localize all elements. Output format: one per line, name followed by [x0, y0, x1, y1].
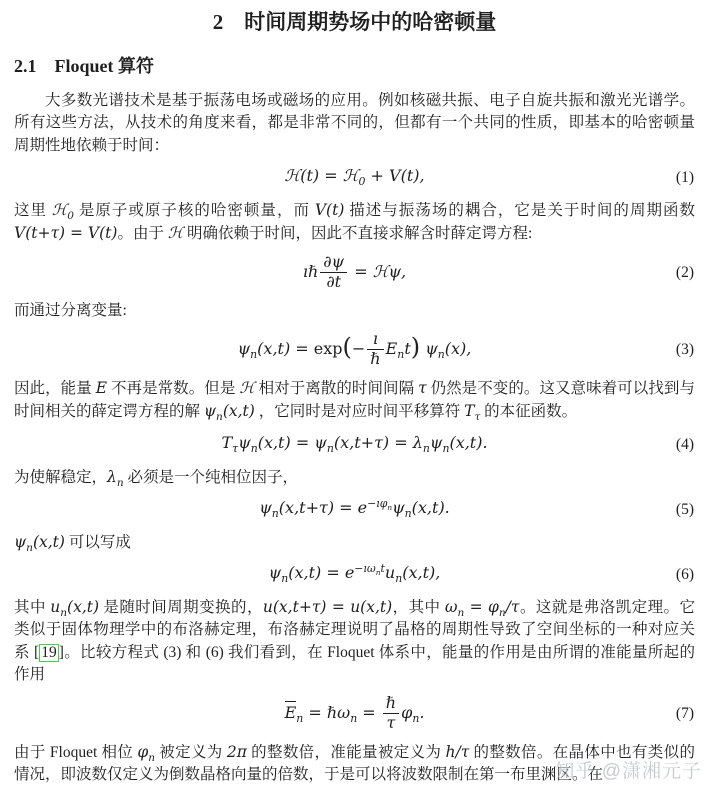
- equation-5-math: ψn(x,t+τ) = e−ıφnψn(x,t).: [259, 498, 450, 517]
- display-equation-7: En = ℏωn = ℏτφn. (7): [14, 695, 695, 732]
- display-equation-1: ℋ(t) = ℋ0 + V(t), (1): [14, 166, 695, 190]
- paragraph-energy: 因此，能量 E 不再是常数。但是 ℋ 相对于离散的时间间隔 τ 仍然是不变的。这…: [14, 377, 695, 424]
- equation-6-number: (6): [676, 566, 694, 584]
- display-equation-5: ψn(x,t+τ) = e−ıφnψn(x,t). (5): [14, 498, 695, 522]
- display-equation-4: Tτψn(x,t) = ψn(x,t+τ) = λnψn(x,t). (4): [14, 433, 695, 457]
- paragraph-floquet-theorem: 其中 un(x,t) 是随时间周期变换的，u(x,t+τ) = u(x,t)，其…: [14, 596, 695, 686]
- paragraph-intro: 大多数光谱技术是基于振荡电场或磁场的应用。例如核磁共振、电子自旋共振和激光光谱学…: [14, 90, 695, 157]
- equation-5-number: (5): [676, 501, 694, 519]
- equation-7-math: En = ℏωn = ℏτφn.: [285, 703, 425, 722]
- paragraph-separation: 而通过分离变量:: [14, 300, 695, 322]
- display-equation-3: ψn(x,t) = exp(−ıℏEnt) ψn(x), (3): [14, 331, 695, 368]
- equation-2-math: ıℏ∂ψ∂t = ℋψ,: [303, 262, 406, 281]
- equation-3-math: ψn(x,t) = exp(−ıℏEnt) ψn(x),: [238, 339, 472, 358]
- equation-1-math: ℋ(t) = ℋ0 + V(t),: [284, 166, 424, 185]
- display-equation-6: ψn(x,t) = e−ıωntun(x,t), (6): [14, 563, 695, 587]
- display-equation-2: ıℏ∂ψ∂t = ℋψ, (2): [14, 254, 695, 291]
- equation-4-math: Tτψn(x,t) = ψn(x,t+τ) = λnψn(x,t).: [221, 433, 487, 452]
- equation-2-number: (2): [676, 264, 694, 282]
- equation-6-math: ψn(x,t) = e−ıωntun(x,t),: [269, 563, 441, 582]
- subsection-heading: 2.1 Floquet 算符: [14, 54, 695, 78]
- equation-3-number: (3): [676, 341, 694, 359]
- equation-7-number: (7): [676, 705, 694, 723]
- paragraph-quasi-energy: 由于 Floquet 相位 φn 被定义为 2π 的整数倍，准能量被定义为 h/…: [14, 741, 695, 787]
- paragraph-phase-factor: 为使解稳定，λn 必须是一个纯相位因子，: [14, 466, 695, 489]
- document-page: 2 时间周期势场中的哈密顿量 2.1 Floquet 算符 大多数光谱技术是基于…: [0, 0, 708, 797]
- citation-link[interactable]: 19: [39, 644, 59, 662]
- equation-1-number: (1): [676, 169, 694, 187]
- page-title: 2 时间周期势场中的哈密顿量: [14, 8, 695, 36]
- paragraph-hamiltonian: 这里 ℋ0 是原子或原子核的哈密顿量，而 V(t) 描述与振荡场的耦合，它是关于…: [14, 199, 695, 246]
- paragraph-can-be-written: ψn(x,t) 可以写成: [14, 531, 695, 554]
- equation-4-number: (4): [676, 436, 694, 454]
